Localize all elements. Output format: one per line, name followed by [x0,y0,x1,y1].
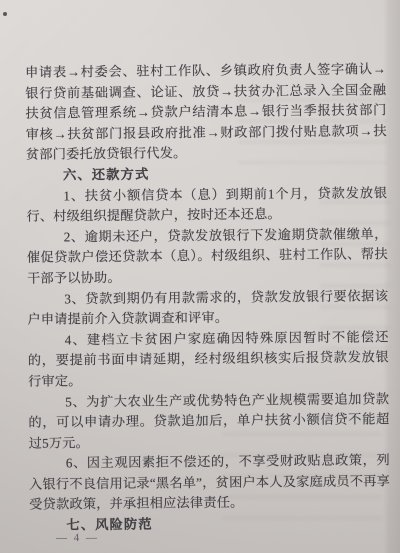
page-number: — 4 — [56,532,99,544]
paragraph-loan-procedure-continuation: 申请表→村委会、驻村工作队、乡镇政府负责人签字确认→银行贷前基础调查、论证、放贷… [25,59,387,165]
list-item-5: 5、为扩大农业生产或优势特色产业规模需要追加贷款的，可以申请办理。贷款追加后，单… [28,389,390,454]
list-item-3: 3、贷款到期仍有用款需求的，贷款发放银行要依据该户申请提前介入贷款调查和评审。 [27,286,388,331]
list-item-2: 2、逾期未还户，贷款发放银行下发逾期贷款催缴单，催促贷款户偿还贷款本（息）。村级… [27,224,389,289]
document-page-photo: 申请表→村委会、驻村工作队、乡镇政府负责人签字确认→银行贷前基础调查、论证、放贷… [0,0,400,553]
list-item-1: 1、扶贫小额信贷本（息）到期前1个月，贷款发放银行、村级组织提醒贷款户，按时还本… [26,183,387,228]
document-body: 申请表→村委会、驻村工作队、乡镇政府负责人签字确认→银行贷前基础调查、论证、放贷… [25,59,391,536]
list-item-4: 4、建档立卡贫困户家庭确因特殊原因暂时不能偿还的，要提前书面申请延期，经村级组织… [28,327,390,392]
list-item-6: 6、因主观因素拒不偿还的，不享受财政贴息政策，列入银行不良信用记录“黑名单”，贫… [29,451,391,516]
photo-speck [3,12,7,16]
